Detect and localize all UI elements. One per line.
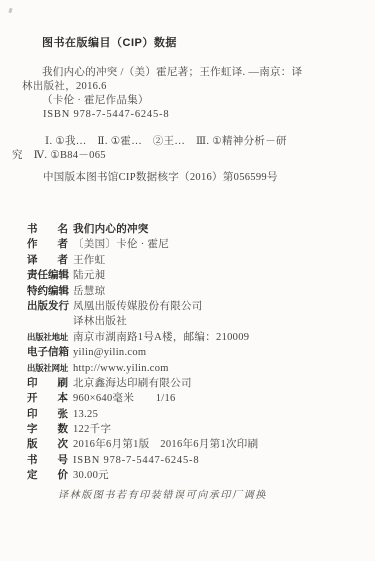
- field-value: yilin@yilin.com: [73, 345, 146, 360]
- field-value: 王作虹: [73, 253, 105, 268]
- cip-entry-line-2: 林出版社，2016.6: [22, 80, 107, 93]
- cip-entry-line-1: 我们内心的冲突 /（美）霍尼著；王作虹译. —南京：译: [42, 66, 302, 79]
- field-label: 电子信箱: [27, 345, 68, 360]
- colophon-row-edition: 版次 2016年6月第1版 2016年6月第1次印刷: [27, 437, 369, 452]
- field-label: 开本: [27, 391, 68, 406]
- field-label: 出版发行: [27, 299, 68, 314]
- cip-record-number-line: 中国版本图书馆CIP数据核字（2016）第056599号: [43, 171, 278, 184]
- field-value: 译林出版社: [73, 314, 127, 329]
- field-label: 书号: [27, 453, 68, 468]
- colophon-row-editor: 责任编辑 陆元昶: [27, 268, 369, 283]
- field-value: 122千字: [73, 422, 111, 437]
- field-value: ISBN 978-7-5447-6245-8: [73, 453, 199, 468]
- field-label: 定价: [27, 468, 68, 483]
- field-label: 印张: [27, 407, 68, 422]
- field-label: 译者: [27, 253, 68, 268]
- field-label: 版次: [27, 437, 68, 452]
- cip-heading: 图书在版编目（CIP）数据: [42, 37, 177, 50]
- cip-classification-line-2: 究 Ⅳ. ①B84－065: [12, 149, 106, 162]
- field-label: 责任编辑: [27, 268, 68, 283]
- field-value: 南京市湖南路1号A楼，邮编：210009: [73, 330, 249, 345]
- misprint-exchange-note: 译林版图书若有印装错误可向承印厂调换: [58, 486, 267, 501]
- field-label: 特约编辑: [27, 284, 68, 299]
- colophon-row-website: 出版社网址 http://www.yilin.com: [27, 361, 369, 376]
- field-value: 我们内心的冲突: [73, 222, 149, 237]
- colophon-row-author: 作者 〔美国〕卡伦 · 霍尼: [27, 237, 369, 252]
- field-value: 北京鑫海达印刷有限公司: [73, 376, 192, 391]
- scan-artifact: [8, 8, 12, 14]
- cip-series-line: （卡伦 · 霍尼作品集）: [42, 94, 149, 107]
- field-value: 〔美国〕卡伦 · 霍尼: [73, 237, 169, 252]
- field-value: 岳慧琼: [73, 284, 105, 299]
- colophon-row-address: 出版社地址 南京市湖南路1号A楼，邮编：210009: [27, 330, 369, 345]
- field-label: 出版社网址: [27, 361, 68, 376]
- field-label: 书名: [27, 222, 68, 237]
- field-value: 960×640毫米 1/16: [73, 391, 176, 406]
- colophon-row-format: 开本 960×640毫米 1/16: [27, 391, 369, 406]
- colophon-row-email: 电子信箱 yilin@yilin.com: [27, 345, 369, 360]
- field-value: 30.00元: [73, 468, 109, 483]
- cip-classification-line-1: Ⅰ. ①我… Ⅱ. ①霍… ②王… Ⅲ. ①精神分析－研: [45, 135, 287, 148]
- field-label: 印刷: [27, 376, 68, 391]
- colophon-row-publisher-cont: 译林出版社: [27, 314, 369, 329]
- field-value: http://www.yilin.com: [73, 361, 169, 376]
- colophon-row-price: 定价 30.00元: [27, 468, 369, 483]
- cip-isbn-line: ISBN 978-7-5447-6245-8: [43, 108, 169, 121]
- field-value: 陆元昶: [73, 268, 105, 283]
- field-label: 字数: [27, 422, 68, 437]
- colophon-row-printer: 印刷 北京鑫海达印刷有限公司: [27, 376, 369, 391]
- colophon-row-isbn: 书号 ISBN 978-7-5447-6245-8: [27, 453, 369, 468]
- colophon-row-publisher: 出版发行 凤凰出版传媒股份有限公司: [27, 299, 369, 314]
- field-value: 2016年6月第1版 2016年6月第1次印刷: [73, 437, 258, 452]
- field-value: 凤凰出版传媒股份有限公司: [73, 299, 203, 314]
- field-label: 作者: [27, 237, 68, 252]
- colophon-row-title: 书名 我们内心的冲突: [27, 222, 369, 237]
- colophon-row-word-count: 字数 122千字: [27, 422, 369, 437]
- field-value: 13.25: [73, 407, 98, 422]
- colophon-row-sheets: 印张 13.25: [27, 407, 369, 422]
- colophon-row-special-editor: 特约编辑 岳慧琼: [27, 284, 369, 299]
- book-copyright-page: 图书在版编目（CIP）数据 我们内心的冲突 /（美）霍尼著；王作虹译. —南京：…: [0, 0, 375, 561]
- field-label: 出版社地址: [27, 330, 68, 345]
- colophon-table: 书名 我们内心的冲突 作者 〔美国〕卡伦 · 霍尼 译者 王作虹 责任编辑 陆元…: [27, 222, 369, 484]
- colophon-row-translator: 译者 王作虹: [27, 253, 369, 268]
